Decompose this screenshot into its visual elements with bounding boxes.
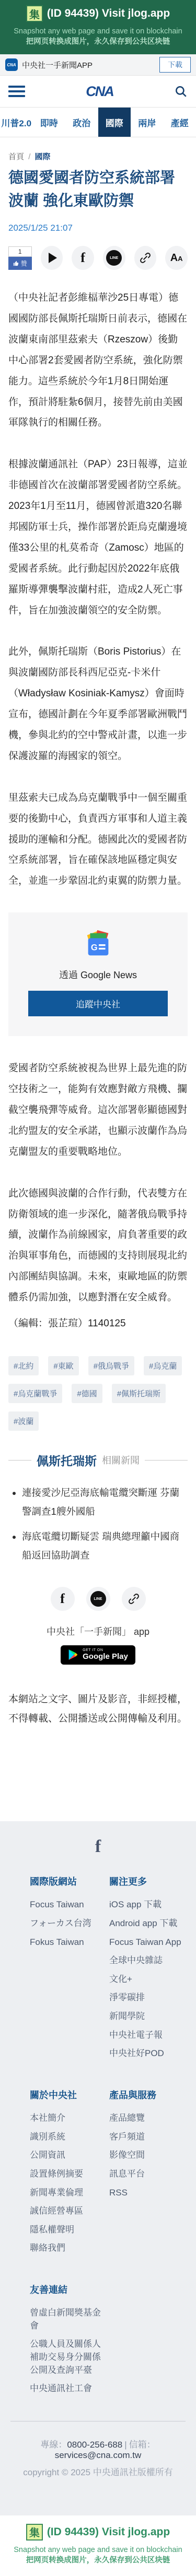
copy-link-button[interactable] xyxy=(134,246,157,270)
jlog-banner-title[interactable]: (ID 94439) Visit jlog.app xyxy=(47,2526,170,2538)
app-promo-title: 中央社「一手新聞」 app xyxy=(0,1624,196,1638)
article-body: （中央社記者彭維楅華沙25日專電）德國國防部長佩斯托瑞斯日前表示，德國在波蘭東南… xyxy=(8,288,188,892)
jlog-logo-icon: 集 xyxy=(26,2524,43,2541)
footer-link[interactable]: 新聞學院 xyxy=(109,2010,186,2023)
page-title: 德國愛國者防空系統部署波蘭 強化東歐防禦 xyxy=(8,167,188,212)
google-play-icon xyxy=(68,1649,78,1660)
share-line-button[interactable]: LINE xyxy=(103,246,125,270)
svg-text:G: G xyxy=(90,943,97,953)
footer-contact: 專線：0800-256-688|信箱：services@cna.com.tw xyxy=(0,2437,196,2461)
footer-section-title: 國際版網站 xyxy=(30,1874,109,1888)
footer-link[interactable]: 識別系統 xyxy=(30,2131,109,2144)
line-icon: LINE xyxy=(90,1591,106,1607)
tag-list: #北約#東歐#俄烏戰爭#烏克蘭#烏克蘭戰爭#德國#佩斯托瑞斯#波蘭 xyxy=(8,1356,188,1431)
facebook-icon: f xyxy=(60,1591,65,1607)
footer-section-title: 關注更多 xyxy=(109,1874,186,1888)
footer-link[interactable]: フォーカス台湾 xyxy=(30,1917,109,1930)
footer-link[interactable]: 中央社好POD xyxy=(109,2047,186,2060)
breadcrumb-separator: / xyxy=(28,152,30,161)
cna-app-logo-icon: CNA xyxy=(5,58,18,71)
like-count: 1 xyxy=(8,246,32,257)
link-icon xyxy=(140,252,151,264)
hotline-label: 專線： xyxy=(40,2440,67,2450)
divider-line xyxy=(145,1460,188,1461)
footer-link[interactable]: Focus Taiwan xyxy=(30,1898,109,1912)
google-news-card: G 透過 Google News 追蹤中央社 xyxy=(8,912,188,1036)
facebook-icon: f xyxy=(95,1837,101,1856)
cna-logo[interactable]: CNA xyxy=(25,84,174,100)
tag-pill[interactable]: #波蘭 xyxy=(8,1411,39,1431)
footer-facebook-button[interactable]: f xyxy=(0,1837,196,1857)
link-icon xyxy=(128,1593,140,1605)
nav-tab[interactable]: 產經 xyxy=(164,108,196,137)
footer-section: 關注更多 iOS app 下載Android app 下載Focus Taiwa… xyxy=(109,1874,186,2066)
breadcrumb-home-link[interactable]: 首頁 xyxy=(8,152,24,161)
related-news-link[interactable]: 連接愛沙尼亞海底輸電纜突斷運 芬蘭警調查1艘外國船 xyxy=(22,1483,188,1521)
related-news-section: 佩斯托瑞斯 相關新聞 連接愛沙尼亞海底輸電纜突斷運 芬蘭警調查1艘外國船海底電纜… xyxy=(8,1452,188,1565)
search-icon[interactable] xyxy=(174,85,188,98)
related-suffix: 相關新聞 xyxy=(102,1453,140,1467)
jlog-banner-subtitle-en: Snapshot any web page and save it on blo… xyxy=(0,26,196,37)
footer-link[interactable]: 文化+ xyxy=(109,1973,186,1986)
footer-link[interactable]: iOS app 下載 xyxy=(109,1898,186,1912)
app-download-button[interactable]: 下載 xyxy=(159,57,191,73)
facebook-icon: f xyxy=(80,250,85,266)
related-news-link[interactable]: 海底電纜切斷疑雲 瑞典總理籲中國商船返回協助調查 xyxy=(22,1527,188,1565)
play-icon xyxy=(49,253,57,263)
jlog-banner-bottom: 集 (ID 94439) Visit jlog.app Snapshot any… xyxy=(0,2515,196,2576)
footer-section-title: 關於中央社 xyxy=(30,2088,109,2102)
footer-link[interactable]: 訊息平台 xyxy=(109,2168,186,2181)
footer-link-columns: 國際版網站 Focus Taiwanフォーカス台湾Fokus Taiwan 關注… xyxy=(0,1874,196,2401)
google-play-badge-bottom-text: Google Play xyxy=(83,1652,128,1661)
article-paragraph: 此外，佩斯托瑞斯（Boris Pistorius）在與波蘭國防部長科西尼亞克-卡… xyxy=(8,642,188,766)
footer-link[interactable]: 隱私權聲明 xyxy=(30,2224,109,2237)
article-paragraph: 此次德國與波蘭的合作行動，代表雙方在防衛領域的進一步深化，隨著俄烏戰爭持續，波蘭… xyxy=(8,1183,188,1308)
thumb-up-icon xyxy=(13,260,19,266)
footer-section: 國際版網站 Focus Taiwanフォーカス台湾Fokus Taiwan xyxy=(30,1874,109,2066)
nav-tab[interactable]: 兩岸 xyxy=(131,108,164,137)
share-facebook-button[interactable]: f xyxy=(72,246,94,270)
footer-link[interactable]: 客戶頻道 xyxy=(109,2131,186,2144)
breadcrumb: 首頁 / 國際 xyxy=(8,151,188,162)
footer-link[interactable]: 聯絡我們 xyxy=(30,2242,109,2255)
footer-link[interactable]: 公開資訊 xyxy=(30,2149,109,2162)
menu-icon[interactable] xyxy=(8,86,25,97)
tag-pill[interactable]: #佩斯托瑞斯 xyxy=(112,1384,166,1403)
app-promo: 中央社「一手新聞」 app GET IT ON Google Play xyxy=(0,1624,196,1665)
email-link[interactable]: services@cna.com.tw xyxy=(55,2450,142,2460)
share-facebook-button[interactable]: f xyxy=(51,1587,75,1611)
copyright-disclaimer: 本網站之文字、圖片及影音，非經授權，不得轉載、公開播送或公開傳輸及利用。 xyxy=(8,1690,188,1821)
editor-note: （編輯：張芷瑄）1140125 xyxy=(8,1313,188,1334)
tag-pill[interactable]: #俄烏戰爭 xyxy=(88,1356,134,1375)
hotline-number: 0800-256-688 xyxy=(67,2440,122,2450)
site-footer: f 國際版網站 Focus Taiwanフォーカス台湾Fokus Taiwan … xyxy=(0,1821,196,2515)
google-news-icon: G xyxy=(82,928,114,960)
related-news-list: 連接愛沙尼亞海底輸電纜突斷運 芬蘭警調查1艘外國船海底電纜切斷疑雲 瑞典總理籲中… xyxy=(11,1483,188,1565)
footer-section: 友善連結 曾虛白新聞獎基金會公職人員及關係人補助交易身分關係公開及查詢平臺中央通… xyxy=(30,2283,109,2401)
related-keyword: 佩斯托瑞斯 xyxy=(37,1452,97,1469)
jlog-banner-subtitle-zh: 把网页转换成图片，永久保存到公共区块链 xyxy=(0,37,196,48)
related-news-header: 佩斯托瑞斯 相關新聞 xyxy=(8,1452,188,1469)
app-bar-title: 中央社一手新聞APP xyxy=(22,60,93,70)
footer-link[interactable]: 設置條例摘要 xyxy=(30,2168,109,2181)
article-body-continued: 愛國者防空系統被視為世界上最先進的防空技術之一，能夠有效應對敵方飛機、攔截空襲飛… xyxy=(8,1058,188,1308)
tag-pill[interactable]: #東歐 xyxy=(48,1356,78,1375)
line-icon: LINE xyxy=(106,250,122,266)
jlog-banner-top: 集 (ID 94439) Visit jlog.app Snapshot any… xyxy=(0,0,196,54)
footer-link[interactable]: 中央通訊社工會 xyxy=(30,2382,109,2395)
footer-section: 產品與服務 產品總覽客戶頻道影像空間訊息平台RSS xyxy=(109,2088,186,2261)
footer-link[interactable]: 新聞專業倫理 xyxy=(30,2187,109,2200)
google-play-badge-top-text: GET IT ON xyxy=(83,1648,128,1652)
jlog-logo-icon: 集 xyxy=(26,5,43,22)
footer-link[interactable]: 全球中央雜誌 xyxy=(109,1954,186,1967)
nav-tab[interactable]: 即時 xyxy=(33,108,66,137)
footer-section-title: 友善連結 xyxy=(30,2283,109,2296)
footer-link[interactable]: 中央社電子報 xyxy=(109,2029,186,2042)
share-toolbar-bottom: f LINE xyxy=(0,1587,196,1611)
site-header: CNA xyxy=(0,76,196,107)
nav-tab[interactable]: 川普2.0 xyxy=(0,108,33,137)
footer-link[interactable]: Android app 下載 xyxy=(109,1917,186,1930)
like-button[interactable]: 1 赞 xyxy=(8,246,32,270)
tag-pill[interactable]: #烏克蘭戰爭 xyxy=(8,1384,62,1403)
article-paragraph: （中央社記者彭維楅華沙25日專電）德國國防部長佩斯托瑞斯日前表示，德國在波蘭東南… xyxy=(8,288,188,433)
play-audio-button[interactable] xyxy=(41,246,63,270)
nav-tab[interactable]: 政治 xyxy=(65,108,98,137)
font-size-icon: AA xyxy=(170,252,183,264)
footer-link[interactable]: 誠信經營專區 xyxy=(30,2205,109,2218)
footer-section-title: 產品與服務 xyxy=(109,2088,186,2102)
tag-pill[interactable]: #德國 xyxy=(72,1384,102,1403)
google-play-badge[interactable]: GET IT ON Google Play xyxy=(61,1645,135,1665)
article-paragraph: 里茲索夫已成為烏克蘭戰爭中一個至關重要的後勤中心，負責西方軍事和人道主義援助的運… xyxy=(8,788,188,892)
follow-cna-button[interactable]: 追蹤中央社 xyxy=(28,991,168,1016)
footer-link[interactable]: 淨零碳排 xyxy=(109,1991,186,2004)
footer-link[interactable]: Fokus Taiwan xyxy=(30,1936,109,1949)
article-paragraph: 愛國者防空系統被視為世界上最先進的防空技術之一，能夠有效應對敵方飛機、攔截空襲飛… xyxy=(8,1058,188,1162)
app-download-bar: CNA 中央社一手新聞APP 下載 xyxy=(0,54,196,76)
article-paragraph: 根據波蘭通訊社（PAP）23日報導，這並非德國首次在波蘭部署愛國者防空系統。20… xyxy=(8,454,188,621)
footer-link[interactable]: 曾虛白新聞獎基金會 xyxy=(30,2307,109,2332)
footer-link[interactable]: 本社簡介 xyxy=(30,2112,109,2125)
email-label: 信箱： xyxy=(129,2440,156,2450)
footer-link[interactable]: 產品總覽 xyxy=(109,2112,186,2125)
footer-section: 關於中央社 本社簡介識別系統公開資訊設置條例摘要新聞專業倫理誠信經營專區隱私權聲… xyxy=(30,2088,109,2261)
footer-link[interactable]: RSS xyxy=(109,2187,186,2200)
footer-link[interactable]: Focus Taiwan App xyxy=(109,1936,186,1949)
font-size-button[interactable]: AA xyxy=(165,246,188,270)
contact-separator: | xyxy=(124,2440,126,2450)
footer-link[interactable]: 公職人員及關係人補助交易身分關係公開及查詢平臺 xyxy=(30,2338,109,2377)
footer-divider xyxy=(10,2421,186,2421)
like-label: 赞 xyxy=(21,259,27,268)
breadcrumb-category-link[interactable]: 國際 xyxy=(35,152,51,161)
footer-copyright: copyright © 2025 中央通訊社版權所有 xyxy=(0,2465,196,2478)
nav-tab[interactable]: 國際 xyxy=(98,108,131,137)
jlog-banner-subtitle-en: Snapshot any web page and save it on blo… xyxy=(0,2545,196,2555)
divider-line xyxy=(8,1460,31,1461)
copy-link-button[interactable] xyxy=(122,1587,146,1611)
jlog-banner-subtitle-zh: 把网页转换成图片，永久保存到公共区块链 xyxy=(0,2555,196,2567)
jlog-banner-title[interactable]: (ID 94439) Visit jlog.app xyxy=(47,7,170,20)
share-toolbar: 1 赞 f LINE AA xyxy=(8,246,188,270)
footer-link[interactable]: 影像空間 xyxy=(109,2149,186,2162)
main-nav: 川普2.0即時政治國際兩岸產經 xyxy=(0,107,196,137)
article-date: 2025/1/25 21:07 xyxy=(8,223,188,233)
google-news-via-text: 透過 Google News xyxy=(19,968,177,981)
tag-pill[interactable]: #烏克蘭 xyxy=(144,1356,182,1375)
tag-pill[interactable]: #北約 xyxy=(8,1356,39,1375)
share-line-button[interactable]: LINE xyxy=(86,1587,110,1611)
